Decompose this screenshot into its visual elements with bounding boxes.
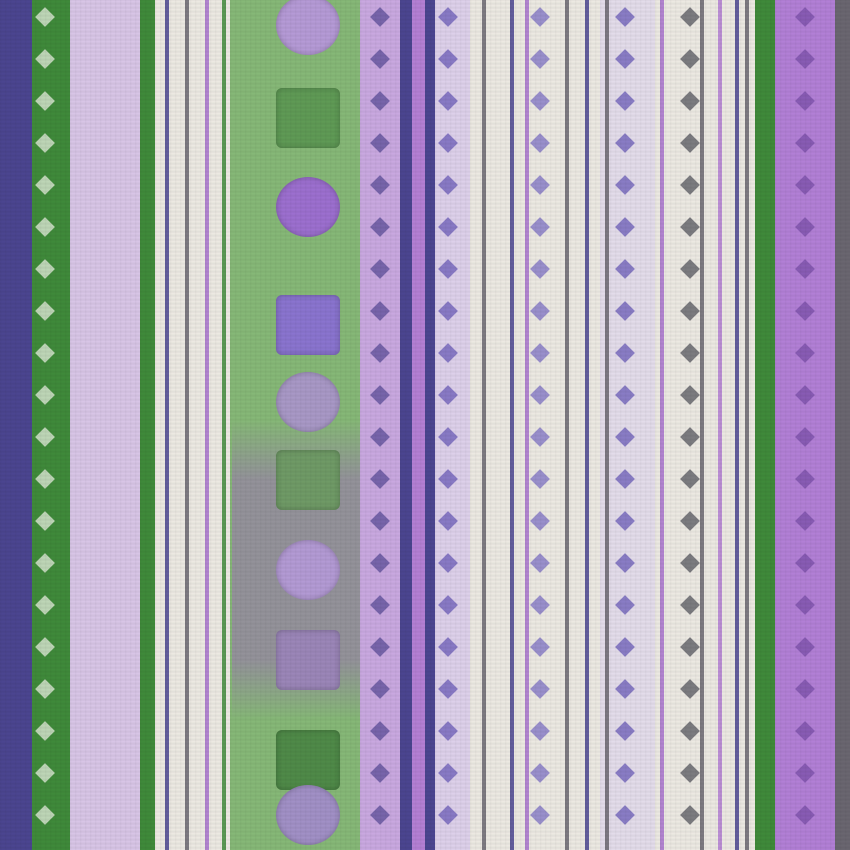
stripe [412,0,425,850]
rug-image [0,0,850,850]
square-motif [276,630,340,690]
stripe [435,0,470,850]
circle-motif [276,372,340,432]
thin-line [185,0,189,850]
stripe [655,0,755,850]
stripe [400,0,412,850]
thin-line [222,0,226,850]
thin-line [700,0,704,850]
stripe [470,0,600,850]
stripe [425,0,435,850]
stripe [32,0,70,850]
thin-line [735,0,739,850]
stripe [140,0,155,850]
circle-motif [276,540,340,600]
thin-line [660,0,664,850]
thin-line [745,0,749,850]
thin-line [585,0,589,850]
thin-line [605,0,609,850]
thin-line [510,0,514,850]
stripe [835,0,850,850]
thin-line [205,0,209,850]
stripe [0,0,32,850]
thin-line [482,0,486,850]
thin-line [165,0,169,850]
square-motif [276,730,340,790]
stripe [755,0,775,850]
thin-line [718,0,722,850]
thin-line [565,0,569,850]
circle-motif [276,785,340,845]
square-motif [276,88,340,148]
thin-line [525,0,529,850]
square-motif [276,450,340,510]
stripe [70,0,140,850]
square-motif [276,295,340,355]
circle-motif [276,177,340,237]
